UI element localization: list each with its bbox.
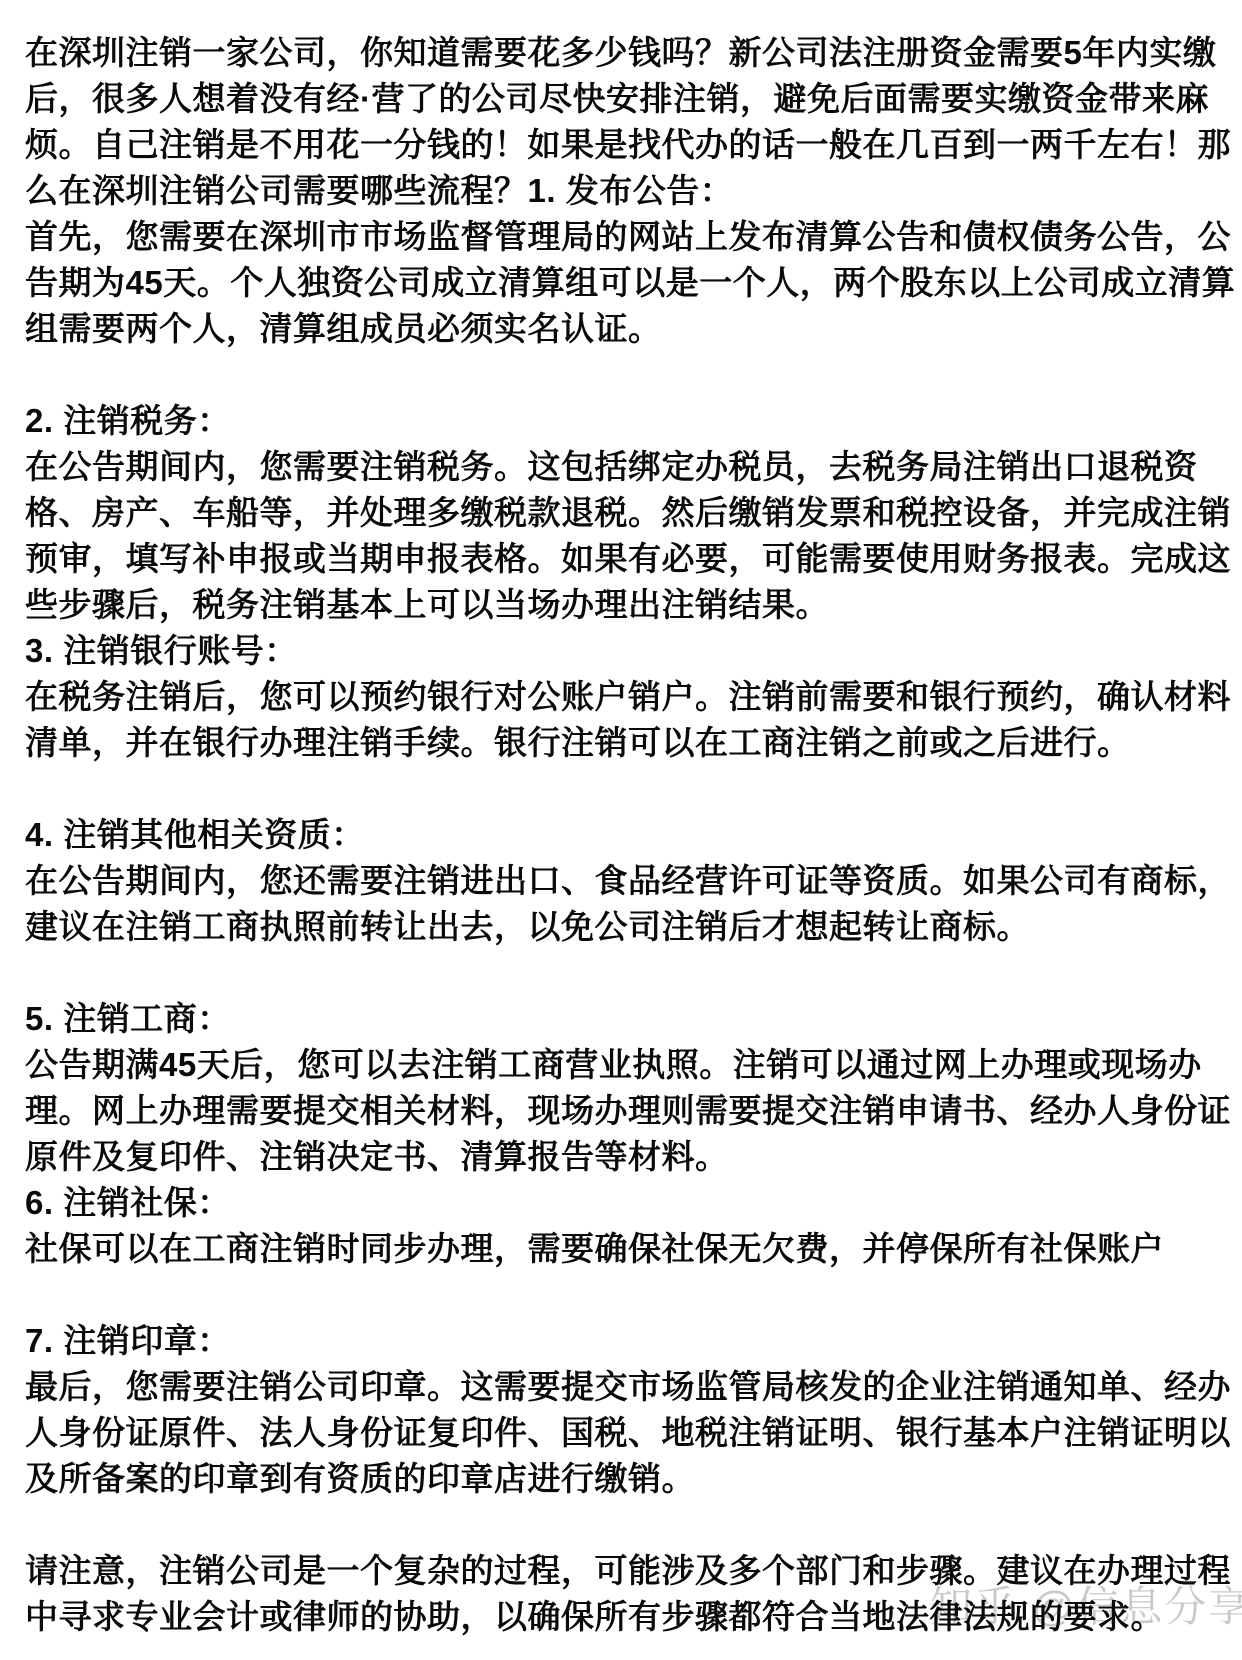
section-heading: 3. 注销银行账号： (25, 628, 1217, 674)
section-heading: 4. 注销其他相关资质： (25, 812, 1217, 858)
text-line: 告期为45天。个人独资公司成立清算组可以是一个人，两个股东以上公司成立清算 (25, 260, 1217, 306)
text-line: 格、房产、车船等，并处理多缴税款退税。然后缴销发票和税控设备，并完成注销 (25, 490, 1217, 536)
text-line: 组需要两个人，清算组成员必须实名认证。 (25, 306, 1217, 352)
text-line: 社保可以在工商注销时同步办理，需要确保社保无欠费，并停保所有社保账户 (25, 1226, 1217, 1272)
text-line: 些步骤后，税务注销基本上可以当场办理出注销结果。 (25, 582, 1217, 628)
text-line: 公告期满45天后，您可以去注销工商营业执照。注销可以通过网上办理或现场办 (25, 1042, 1217, 1088)
text-line: 请注意，注销公司是一个复杂的过程，可能涉及多个部门和步骤。建议在办理过程 (25, 1548, 1217, 1594)
blank-line (25, 352, 1217, 398)
text-line: 预审，填写补申报或当期申报表格。如果有必要，可能需要使用财务报表。完成这 (25, 536, 1217, 582)
blank-line (25, 1502, 1217, 1548)
text-line: 最后，您需要注销公司印章。这需要提交市场监管局核发的企业注销通知单、经办 (25, 1364, 1217, 1410)
blank-line (25, 950, 1217, 996)
text-line: 人身份证原件、法人身份证复印件、国税、地税注销证明、银行基本户注销证明以 (25, 1410, 1217, 1456)
blank-line (25, 1272, 1217, 1318)
text-line: 在税务注销后，您可以预约银行对公账户销户。注销前需要和银行预约，确认材料 (25, 674, 1217, 720)
article-body: 在深圳注销一家公司，你知道需要花多少钱吗？新公司法注册资金需要5年内实缴 后，很… (25, 30, 1217, 1640)
text-line: 在公告期间内，您需要注销税务。这包括绑定办税员，去税务局注销出口退税资 (25, 444, 1217, 490)
section-heading: 5. 注销工商： (25, 996, 1217, 1042)
text-line: 原件及复印件、注销决定书、清算报告等材料。 (25, 1134, 1217, 1180)
text-line: 烦。自己注销是不用花一分钱的！如果是找代办的话一般在几百到一两千左右！那 (25, 122, 1217, 168)
text-line: 么在深圳注销公司需要哪些流程？1. 发布公告： (25, 168, 1217, 214)
section-heading: 2. 注销税务： (25, 398, 1217, 444)
text-line: 后，很多人想着没有经·营了的公司尽快安排注销，避免后面需要实缴资金带来麻 (25, 76, 1217, 122)
text-line: 在公告期间内，您还需要注销进出口、食品经营许可证等资质。如果公司有商标， (25, 858, 1217, 904)
text-line: 首先，您需要在深圳市市场监督管理局的网站上发布清算公告和债权债务公告，公 (25, 214, 1217, 260)
text-line: 理。网上办理需要提交相关材料，现场办理则需要提交注销申请书、经办人身份证 (25, 1088, 1217, 1134)
section-heading: 7. 注销印章： (25, 1318, 1217, 1364)
text-line: 及所备案的印章到有资质的印章店进行缴销。 (25, 1456, 1217, 1502)
blank-line (25, 766, 1217, 812)
text-line: 清单，并在银行办理注销手续。银行注销可以在工商注销之前或之后进行。 (25, 720, 1217, 766)
text-line: 在深圳注销一家公司，你知道需要花多少钱吗？新公司法注册资金需要5年内实缴 (25, 30, 1217, 76)
section-heading: 6. 注销社保： (25, 1180, 1217, 1226)
text-line: 建议在注销工商执照前转让出去，以免公司注销后才想起转让商标。 (25, 904, 1217, 950)
text-line: 中寻求专业会计或律师的协助，以确保所有步骤都符合当地法律法规的要求。 (25, 1594, 1217, 1640)
